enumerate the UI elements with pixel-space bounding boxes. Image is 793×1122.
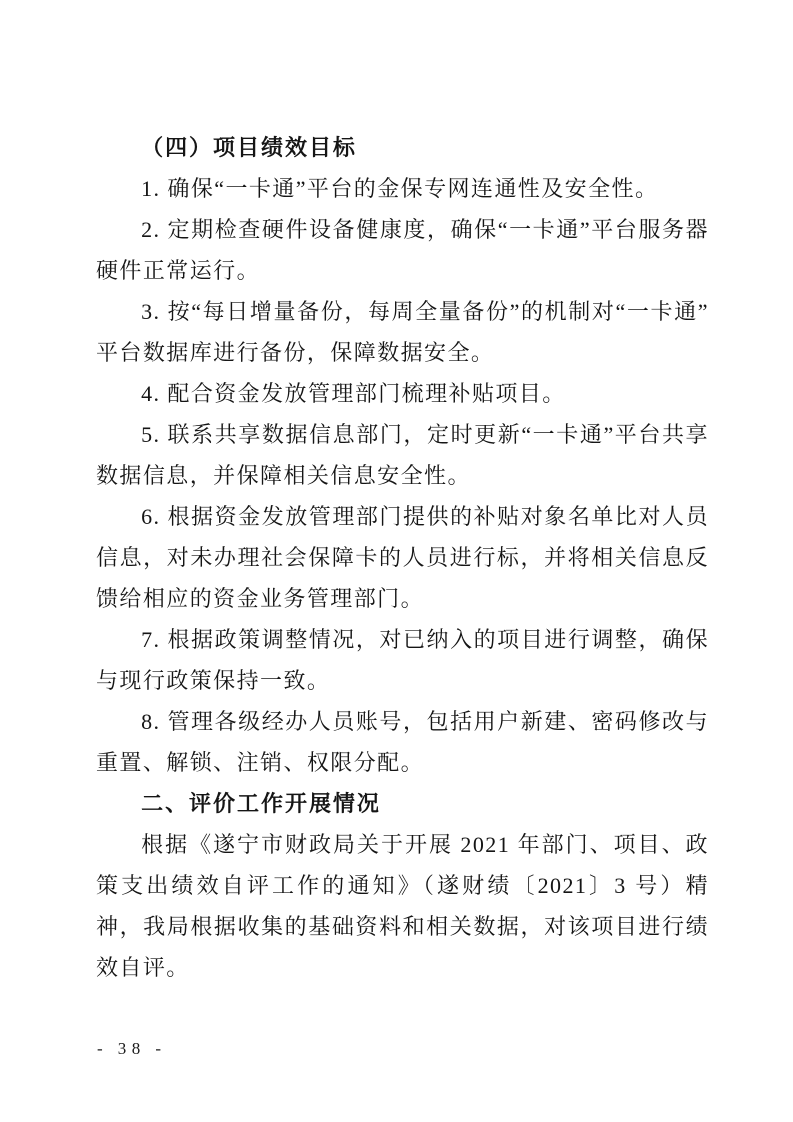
section-heading-evaluation-work-progress: 二、评价工作开展情况 xyxy=(96,783,709,824)
paragraph-item-7: 7. 根据政策调整情况，对已纳入的项目进行调整，确保与现行政策保持一致。 xyxy=(96,619,709,701)
paragraph-item-1: 1. 确保“一卡通”平台的金保专网连通性及安全性。 xyxy=(96,168,709,209)
paragraph-item-6: 6. 根据资金发放管理部门提供的补贴对象名单比对人员信息，对未办理社会保障卡的人… xyxy=(96,496,709,619)
paragraph-item-4: 4. 配合资金发放管理部门梳理补贴项目。 xyxy=(96,373,709,414)
paragraph-item-2: 2. 定期检查硬件设备健康度，确保“一卡通”平台服务器硬件正常运行。 xyxy=(96,209,709,291)
paragraph-item-3: 3. 按“每日增量备份，每周全量备份”的机制对“一卡通”平台数据库进行备份，保障… xyxy=(96,291,709,373)
paragraph-evaluation-basis: 根据《遂宁市财政局关于开展 2021 年部门、项目、政策支出绩效自评工作的通知》… xyxy=(96,824,709,988)
document-page: （四）项目绩效目标 1. 确保“一卡通”平台的金保专网连通性及安全性。 2. 定… xyxy=(0,0,793,1122)
section-heading-project-performance-goals: （四）项目绩效目标 xyxy=(96,127,709,168)
document-text-block: （四）项目绩效目标 1. 确保“一卡通”平台的金保专网连通性及安全性。 2. 定… xyxy=(96,127,709,988)
page-number: - 38 - xyxy=(97,1039,166,1059)
paragraph-item-8: 8. 管理各级经办人员账号，包括用户新建、密码修改与重置、解锁、注销、权限分配。 xyxy=(96,701,709,783)
paragraph-item-5: 5. 联系共享数据信息部门，定时更新“一卡通”平台共享数据信息，并保障相关信息安… xyxy=(96,414,709,496)
